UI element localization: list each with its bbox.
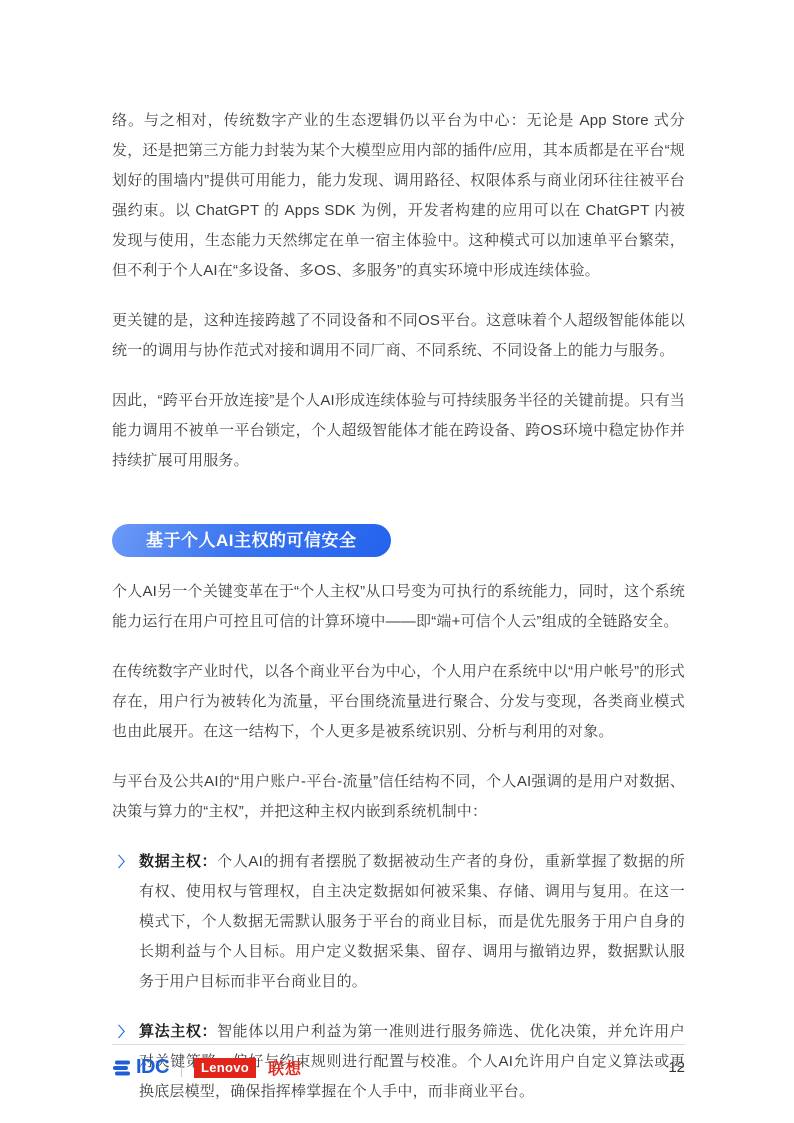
section-heading-pill: 基于个人AI主权的可信安全 [112, 524, 391, 557]
bullet-label: 数据主权： [139, 853, 217, 870]
lenovo-chinese-logo: 联想 [268, 1056, 302, 1079]
section-heading-row: 基于个人AI主权的可信安全 [112, 496, 685, 577]
lenovo-logo: Lenovo [194, 1058, 256, 1078]
chevron-bullet-icon: 〉 [118, 1017, 132, 1047]
bullet-label: 算法主权： [139, 1023, 217, 1040]
bullet-item-data-sovereignty: 〉数据主权：个人AI的拥有者摆脱了数据被动生产者的身份，重新掌握了数据的所有权、… [112, 847, 685, 997]
page-content: 络。与之相对，传统数字产业的生态逻辑仍以平台为中心：无论是 App Store … [112, 106, 685, 1123]
page-number: 12 [668, 1059, 685, 1076]
chevron-bullet-icon: 〉 [118, 847, 132, 877]
footer-logos: IDC Lenovo 联想 [112, 1056, 302, 1079]
body-paragraph: 更关键的是，这种连接跨越了不同设备和不同OS平台。这意味着个人超级智能体能以统一… [112, 306, 685, 366]
logo-divider [181, 1059, 182, 1077]
idc-globe-icon [112, 1057, 134, 1079]
body-paragraph: 因此，“跨平台开放连接”是个人AI形成连续体验与可持续服务半径的关键前提。只有当… [112, 386, 685, 476]
bullet-text: 个人AI的拥有者摆脱了数据被动生产者的身份，重新掌握了数据的所有权、使用权与管理… [139, 853, 685, 990]
idc-logo-text: IDC [136, 1056, 169, 1079]
report-page: 络。与之相对，传统数字产业的生态逻辑仍以平台为中心：无论是 App Store … [0, 0, 794, 1123]
body-paragraph: 个人AI另一个关键变革在于“个人主权”从口号变为可执行的系统能力，同时，这个系统… [112, 577, 685, 637]
body-paragraph: 络。与之相对，传统数字产业的生态逻辑仍以平台为中心：无论是 App Store … [112, 106, 685, 286]
idc-logo: IDC [112, 1056, 169, 1079]
body-paragraph: 与平台及公共AI的“用户账户-平台-流量”信任结构不同，个人AI强调的是用户对数… [112, 767, 685, 827]
body-paragraph: 在传统数字产业时代，以各个商业平台为中心，个人用户在系统中以“用户帐号”的形式存… [112, 657, 685, 747]
page-footer: IDC Lenovo 联想 12 [112, 1044, 685, 1079]
